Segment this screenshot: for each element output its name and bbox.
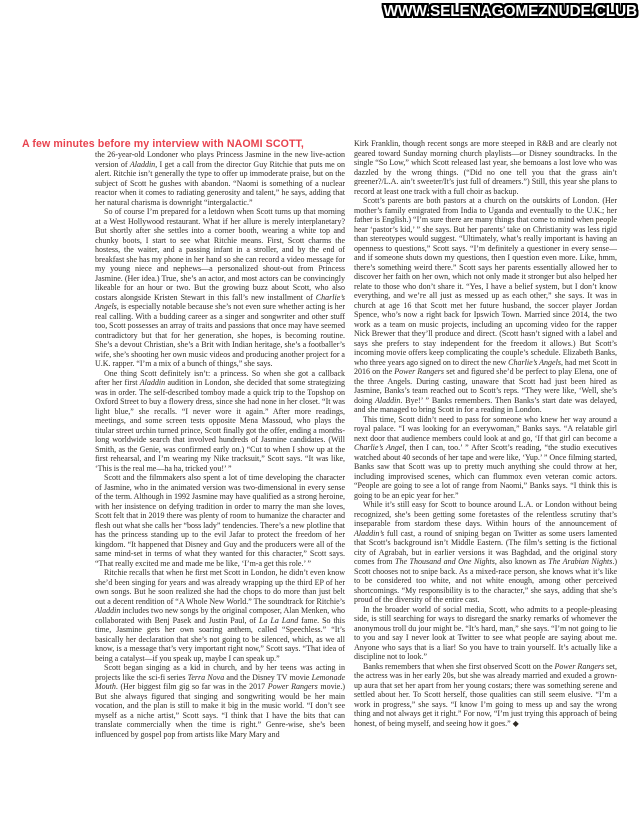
article-lead-in-heading: A few minutes before my interview with N… <box>22 139 345 149</box>
article-column-1: A few minutes before my interview with N… <box>95 139 345 739</box>
article-paragraph: One thing Scott definitely isn’t: a prin… <box>95 369 345 474</box>
magazine-page: { "watermark": { "text": "WWW.SELENAGOME… <box>0 0 640 832</box>
article-paragraph: In the broader world of social media, Sc… <box>354 605 617 662</box>
article-paragraph: Scott’s parents are both pastors at a ch… <box>354 196 617 415</box>
article-paragraph: Ritchie recalls that when he first met S… <box>95 568 345 663</box>
watermark-text: WWW.SELENAGOMEZNUDE.CLUB <box>383 3 637 21</box>
article-column-1-text: the 26-year-old Londoner who plays Princ… <box>95 150 345 739</box>
article-paragraph: Scott and the filmmakers also spent a lo… <box>95 473 345 568</box>
article-column-2: Kirk Franklin, though recent songs are m… <box>354 139 617 739</box>
article-paragraph: Scott began singing as a kid in church, … <box>95 663 345 739</box>
article-column-2-text: Kirk Franklin, though recent songs are m… <box>354 139 617 728</box>
article-paragraph: This time, Scott didn’t need to pass for… <box>354 415 617 501</box>
article-paragraph: Kirk Franklin, though recent songs are m… <box>354 139 617 196</box>
article-paragraph: the 26-year-old Londoner who plays Princ… <box>95 150 345 207</box>
article-paragraph: While it’s still easy for Scott to bounc… <box>354 500 617 605</box>
article-body: A few minutes before my interview with N… <box>95 139 617 739</box>
article-paragraph: Banks remembers that when she first obse… <box>354 662 617 729</box>
article-paragraph: So of course I’m prepared for a letdown … <box>95 207 345 369</box>
